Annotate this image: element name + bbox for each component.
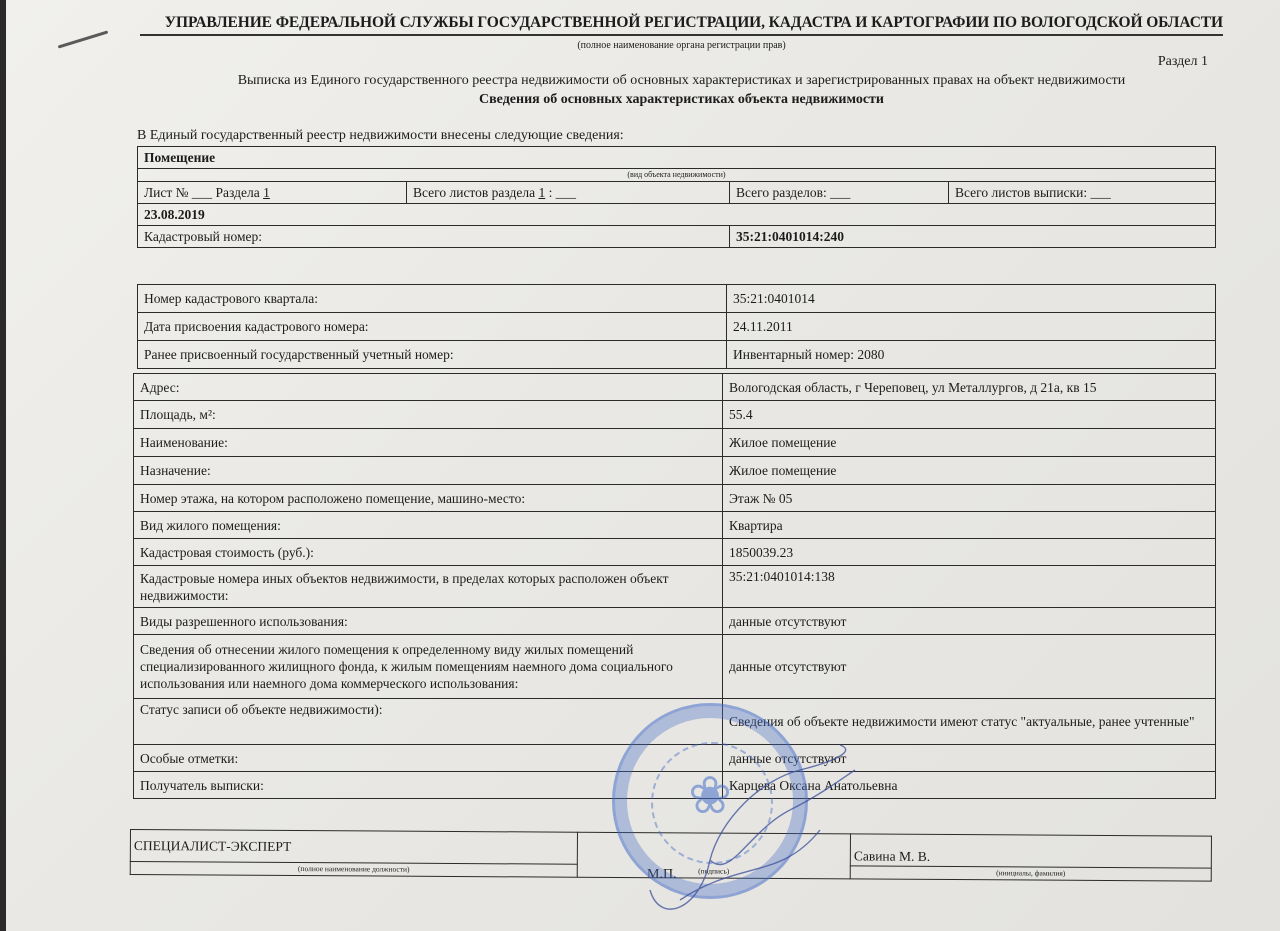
sheet-info-row: Лист № ___ Раздела 1 Всего листов раздел… (138, 182, 1216, 204)
signature-caption: (подпись) (577, 832, 850, 879)
cadastral-number-label: Кадастровый номер: (138, 226, 730, 248)
row-label: Дата присвоения кадастрового номера: (138, 313, 727, 341)
row-label: Сведения об отнесении жилого помещения к… (134, 635, 723, 699)
row-label: Виды разрешенного использования: (134, 608, 723, 635)
authority-title: УПРАВЛЕНИЕ ФЕДЕРАЛЬНОЙ СЛУЖБЫ ГОСУДАРСТВ… (140, 14, 1223, 36)
table-row: Получатель выписки: Карцева Оксана Анато… (134, 772, 1216, 799)
object-characteristics-table: Адрес: Вологодская область, г Череповец,… (133, 373, 1216, 799)
row-label: Вид жилого помещения: (134, 512, 723, 539)
row-label: Особые отметки: (134, 745, 723, 772)
position-caption: (полное наименование должности) (130, 862, 577, 878)
row-value: Жилое помещение (723, 429, 1216, 457)
summary-table: Помещение (вид объекта недвижимости) Лис… (137, 146, 1216, 248)
table-row: Площадь, м²: 55.4 (134, 401, 1216, 429)
table-row: Адрес: Вологодская область, г Череповец,… (134, 374, 1216, 401)
row-value: 35:21:0401014 (727, 285, 1216, 313)
row-label: Номер кадастрового квартала: (138, 285, 727, 313)
name-caption: (инициалы, фамилия) (850, 866, 1211, 881)
row-value: 55.4 (723, 401, 1216, 429)
row-value: Вологодская область, г Череповец, ул Мет… (723, 374, 1216, 401)
row-label: Адрес: (134, 374, 723, 401)
row-value: Инвентарный номер: 2080 (727, 341, 1216, 369)
row-label: Кадастровая стоимость (руб.): (134, 539, 723, 566)
object-type: Помещение (138, 147, 1216, 169)
total-sheets-extract-cell: Всего листов выписки: ___ (949, 182, 1216, 204)
row-value: 24.11.2011 (727, 313, 1216, 341)
pen-mark (58, 30, 109, 48)
table-row: Назначение: Жилое помещение (134, 457, 1216, 485)
total-sheets-section-suffix: : ___ (545, 185, 576, 200)
row-label: Площадь, м²: (134, 401, 723, 429)
row-label: Статус записи об объекте недвижимости): (134, 699, 723, 745)
total-sheets-section-cell: Всего листов раздела 1 : ___ (407, 182, 730, 204)
row-value: данные отсутствуют (723, 745, 1216, 772)
table-row: Дата присвоения кадастрового номера: 24.… (138, 313, 1216, 341)
sheet-label: Лист № (144, 185, 189, 200)
intro-text: В Единый государственный реестр недвижим… (137, 128, 624, 144)
row-value: 1850039.23 (723, 539, 1216, 566)
table-row: Особые отметки: данные отсутствуют (134, 745, 1216, 772)
table-row: Статус записи об объекте недвижимости): … (134, 699, 1216, 745)
section-label: Раздел 1 (1158, 54, 1208, 70)
table-row: Номер этажа, на котором расположено поме… (134, 485, 1216, 512)
table-row: Виды разрешенного использования: данные … (134, 608, 1216, 635)
table-row: Вид жилого помещения: Квартира (134, 512, 1216, 539)
table-row: Номер кадастрового квартала: 35:21:04010… (138, 285, 1216, 313)
sheet-blank: ___ (192, 185, 212, 200)
row-value: 35:21:0401014:138 (723, 566, 1216, 608)
cadastral-details-table: Номер кадастрового квартала: 35:21:04010… (137, 284, 1216, 369)
cadastral-number-row: Кадастровый номер: 35:21:0401014:240 (138, 226, 1216, 248)
sheet-number-cell: Лист № ___ Раздела 1 (138, 182, 407, 204)
extract-date: 23.08.2019 (138, 204, 1216, 226)
table-row: Наименование: Жилое помещение (134, 429, 1216, 457)
total-sections-cell: Всего разделов: ___ (730, 182, 949, 204)
row-label: Кадастровые номера иных объектов недвижи… (134, 566, 723, 608)
authority-caption: (полное наименование органа регистрации … (140, 40, 1223, 51)
row-label: Номер этажа, на котором расположено поме… (134, 485, 723, 512)
seal-label: М.П. (647, 867, 677, 883)
row-value: данные отсутствуют (723, 608, 1216, 635)
table-row: Кадастровая стоимость (руб.): 1850039.23 (134, 539, 1216, 566)
document-subtitle: Сведения об основных характеристиках объ… (140, 92, 1223, 108)
table-row: Ранее присвоенный государственный учетны… (138, 341, 1216, 369)
section-of-label: Раздела (216, 185, 260, 200)
signer-name: Савина М. В. (850, 834, 1211, 868)
table-row: Сведения об отнесении жилого помещения к… (134, 635, 1216, 699)
section-of-value: 1 (263, 185, 270, 200)
table-row: Кадастровые номера иных объектов недвижи… (134, 566, 1216, 608)
row-label: Наименование: (134, 429, 723, 457)
photo-background-edge (0, 0, 6, 931)
row-value: Квартира (723, 512, 1216, 539)
row-label: Назначение: (134, 457, 723, 485)
object-type-caption: (вид объекта недвижимости) (138, 169, 1216, 182)
row-value: Этаж № 05 (723, 485, 1216, 512)
row-value: Сведения об объекте недвижимости имеют с… (723, 699, 1216, 745)
row-value: данные отсутствуют (723, 635, 1216, 699)
row-label: Получатель выписки: (134, 772, 723, 799)
document-title: Выписка из Единого государственного реес… (140, 73, 1223, 89)
row-label: Ранее присвоенный государственный учетны… (138, 341, 727, 369)
position-title: СПЕЦИАЛИСТ-ЭКСПЕРТ (130, 830, 577, 865)
total-sheets-section-label: Всего листов раздела (413, 185, 535, 200)
row-value: Жилое помещение (723, 457, 1216, 485)
row-value: Карцева Оксана Анатольевна (723, 772, 1216, 799)
cadastral-number-value: 35:21:0401014:240 (730, 226, 1216, 248)
